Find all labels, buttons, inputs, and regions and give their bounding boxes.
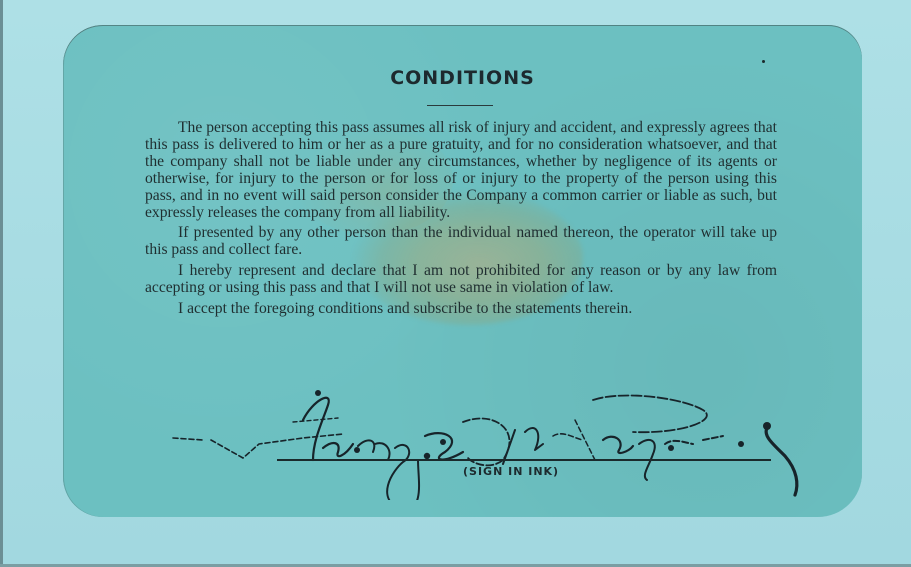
paragraph-acceptance: I accept the foregoing conditions and su… bbox=[145, 301, 777, 318]
mount-background: CONDITIONS The person accepting this pas… bbox=[0, 0, 911, 567]
sign-in-ink-label: (SIGN IN INK) bbox=[463, 465, 559, 478]
document-title: CONDITIONS bbox=[63, 67, 862, 89]
paragraph-liability: The person accepting this pass assumes a… bbox=[145, 120, 777, 221]
conditions-text: The person accepting this pass assumes a… bbox=[145, 120, 777, 322]
mount-edge bbox=[0, 0, 3, 567]
paragraph-transfer: If presented by any other person than th… bbox=[145, 225, 777, 259]
signature-line bbox=[277, 459, 771, 461]
title-rule bbox=[427, 105, 493, 106]
pass-card-back: CONDITIONS The person accepting this pas… bbox=[63, 25, 862, 517]
handwritten-signature bbox=[163, 360, 823, 500]
paragraph-declaration: I hereby represent and declare that I am… bbox=[145, 263, 777, 297]
ink-speck bbox=[762, 60, 765, 63]
